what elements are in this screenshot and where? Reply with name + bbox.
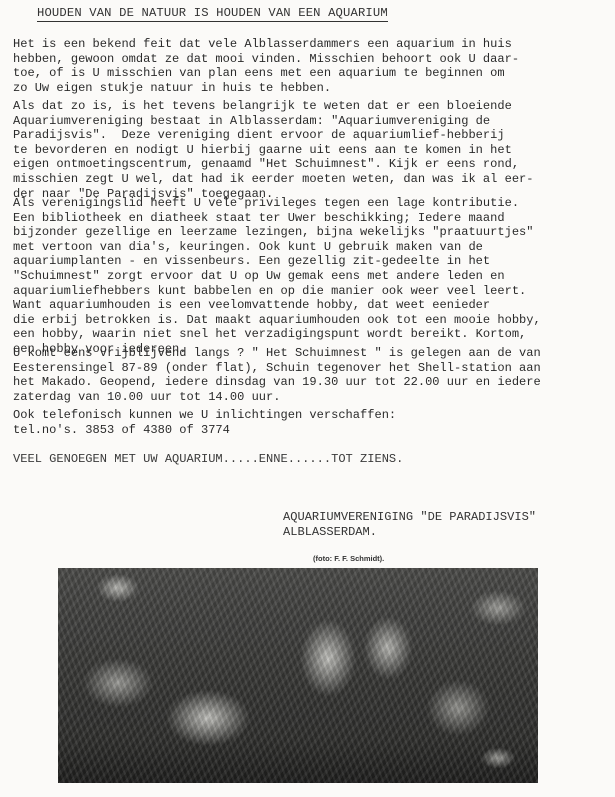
paragraph-location: U komt eens vrijblijvend langs ? " Het S… bbox=[13, 346, 613, 404]
document-title: HOUDEN VAN DE NATUUR IS HOUDEN VAN EEN A… bbox=[37, 6, 388, 22]
photo-credit: (foto: F. F. Schmidt). bbox=[313, 554, 384, 563]
document-page: HOUDEN VAN DE NATUUR IS HOUDEN VAN EEN A… bbox=[0, 0, 615, 797]
closing-line: VEEL GENOEGEN MET UW AQUARIUM.....ENNE..… bbox=[13, 452, 403, 466]
paragraph-intro: Het is een bekend feit dat vele Alblasse… bbox=[13, 37, 613, 95]
paragraph-privileges: Als verenigingslid heeft U vele privileg… bbox=[13, 196, 613, 357]
paragraph-vereniging: Als dat zo is, is het tevens belangrijk … bbox=[13, 99, 613, 201]
aquarium-photo bbox=[58, 568, 538, 783]
signature: AQUARIUMVERENIGING "DE PARADIJSVIS" ALBL… bbox=[283, 510, 536, 539]
paragraph-phone: Ook telefonisch kunnen we U inlichtingen… bbox=[13, 408, 613, 437]
